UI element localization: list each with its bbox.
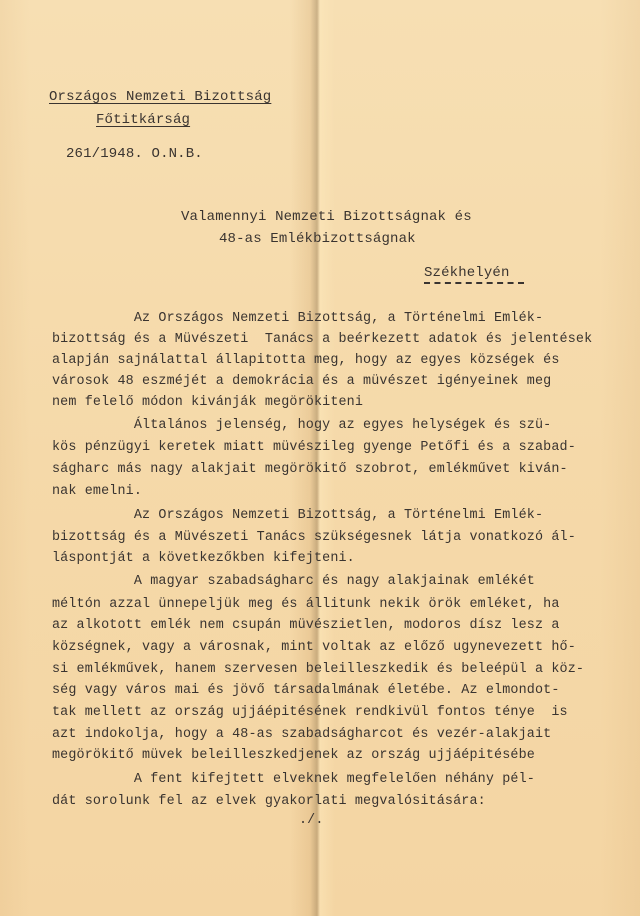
body-line: községnek, vagy a városnak, mint voltak … [52, 640, 576, 656]
body-line: si emlékművek, hanem szervesen beleilles… [52, 662, 584, 678]
body-line: Az Országos Nemzeti Bizottság, a Történe… [52, 311, 543, 327]
reference-number: 261/1948. O.N.B. [66, 146, 203, 162]
body-line: méltón azzal ünnepeljük meg és állitunk … [52, 597, 560, 613]
location-label: Székhelyén [424, 265, 524, 284]
body-line: dát sorolunk fel az elvek gyakorlati meg… [52, 794, 486, 810]
body-line: kös pénzügyi keretek miatt müvészileg gy… [52, 440, 576, 456]
body-line: Általános jelenség, hogy az egyes helysé… [52, 418, 551, 434]
body-line: bizottság és a Müvészeti Tanács a beérke… [52, 332, 592, 348]
addressee-line-2: 48-as Emlékbizottságnak [219, 231, 416, 247]
addressee-line-1: Valamennyi Nemzeti Bizottságnak és [181, 209, 472, 225]
body-line: A magyar szabadságharc és nagy alakjaina… [52, 574, 535, 590]
organization-name: Országos Nemzeti Bizottság [49, 89, 271, 105]
body-line: láspontját a következőkben kifejteni. [52, 551, 355, 567]
body-line: A fent kifejtett elveknek megfelelően né… [52, 772, 535, 788]
body-line: ség vagy város mai és jövő társadalmának… [52, 683, 560, 699]
body-line: nak emelni. [52, 484, 142, 500]
body-line: az alkotott emlék nem csupán müvészietle… [52, 618, 560, 634]
body-line: ságharc más nagy alakjait megörökitő szo… [52, 462, 568, 478]
department-name: Főtitkárság [96, 112, 190, 128]
body-line: nem felelő módon kivánják megörökiteni [52, 395, 363, 411]
body-line: azt indokolja, hogy a 48-as szabadsághar… [52, 727, 551, 743]
document-page: Országos Nemzeti Bizottság Főtitkárság 2… [0, 0, 640, 916]
body-line: bizottság és a Müvészeti Tanács szüksége… [52, 530, 576, 546]
continuation-mark: ./. [299, 813, 324, 829]
body-line: városok 48 eszméjét a demokrácia és a mü… [52, 374, 551, 390]
body-line: alapján sajnálattal állapitotta meg, hog… [52, 353, 560, 369]
body-line: Az Országos Nemzeti Bizottság, a Történe… [52, 508, 543, 524]
body-line: megörökitő müvek beleilleszkedjenek az o… [52, 748, 535, 764]
body-line: tak mellett az ország ujjáépitésének ren… [52, 705, 568, 721]
